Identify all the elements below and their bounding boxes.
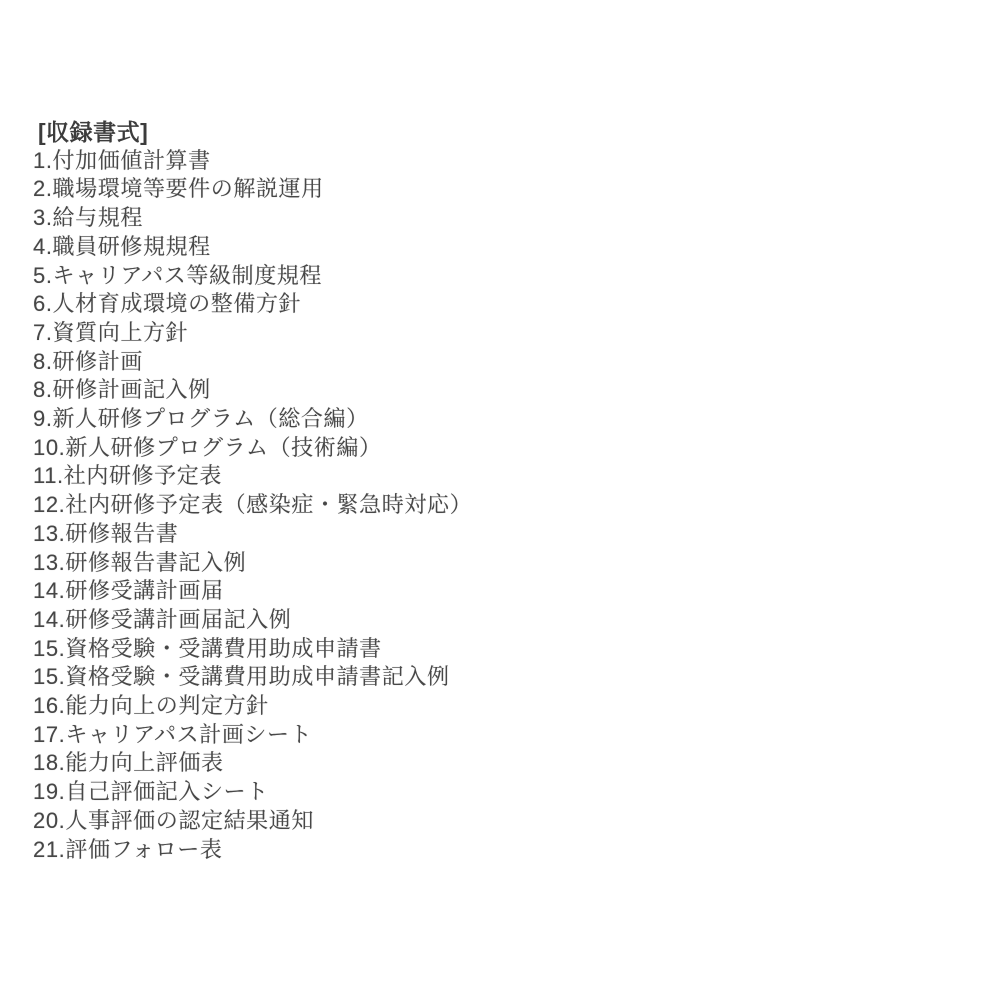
list-item: 8.研修計画記入例 bbox=[33, 376, 472, 405]
list-item: 16.能力向上の判定方針 bbox=[33, 692, 472, 721]
list-item: 17.キャリアパス計画シート bbox=[33, 721, 472, 750]
list-item: 2.職場環境等要件の解説運用 bbox=[33, 175, 472, 204]
list-item: 18.能力向上評価表 bbox=[33, 749, 472, 778]
list-item: 11.社内研修予定表 bbox=[33, 462, 472, 491]
list-item: 21.評価フォロー表 bbox=[33, 836, 472, 865]
list-item: 4.職員研修規規程 bbox=[33, 233, 472, 262]
list-item: 19.自己評価記入シート bbox=[33, 778, 472, 807]
included-forms-section: [収録書式] 1.付加価値計算書 2.職場環境等要件の解説運用 3.給与規程 4… bbox=[33, 118, 472, 864]
list-item: 7.資質向上方針 bbox=[33, 319, 472, 348]
list-item: 13.研修報告書 bbox=[33, 520, 472, 549]
list-item: 1.付加価値計算書 bbox=[33, 147, 472, 176]
list-item: 14.研修受講計画届記入例 bbox=[33, 606, 472, 635]
document-page: [収録書式] 1.付加価値計算書 2.職場環境等要件の解説運用 3.給与規程 4… bbox=[0, 0, 1000, 1000]
section-title: [収録書式] bbox=[38, 118, 472, 147]
list-item: 13.研修報告書記入例 bbox=[33, 549, 472, 578]
list-item: 20.人事評価の認定結果通知 bbox=[33, 807, 472, 836]
list-item: 15.資格受験・受講費用助成申請書記入例 bbox=[33, 663, 472, 692]
list-item: 12.社内研修予定表（感染症・緊急時対応） bbox=[33, 491, 472, 520]
list-item: 10.新人研修プログラム（技術編） bbox=[33, 434, 472, 463]
list-item: 15.資格受験・受講費用助成申請書 bbox=[33, 635, 472, 664]
list-item: 8.研修計画 bbox=[33, 348, 472, 377]
list-item: 9.新人研修プログラム（総合編） bbox=[33, 405, 472, 434]
list-item: 3.給与規程 bbox=[33, 204, 472, 233]
list-item: 6.人材育成環境の整備方針 bbox=[33, 290, 472, 319]
list-item: 5.キャリアパス等級制度規程 bbox=[33, 262, 472, 291]
list-item: 14.研修受講計画届 bbox=[33, 577, 472, 606]
forms-list: 1.付加価値計算書 2.職場環境等要件の解説運用 3.給与規程 4.職員研修規規… bbox=[33, 147, 472, 865]
